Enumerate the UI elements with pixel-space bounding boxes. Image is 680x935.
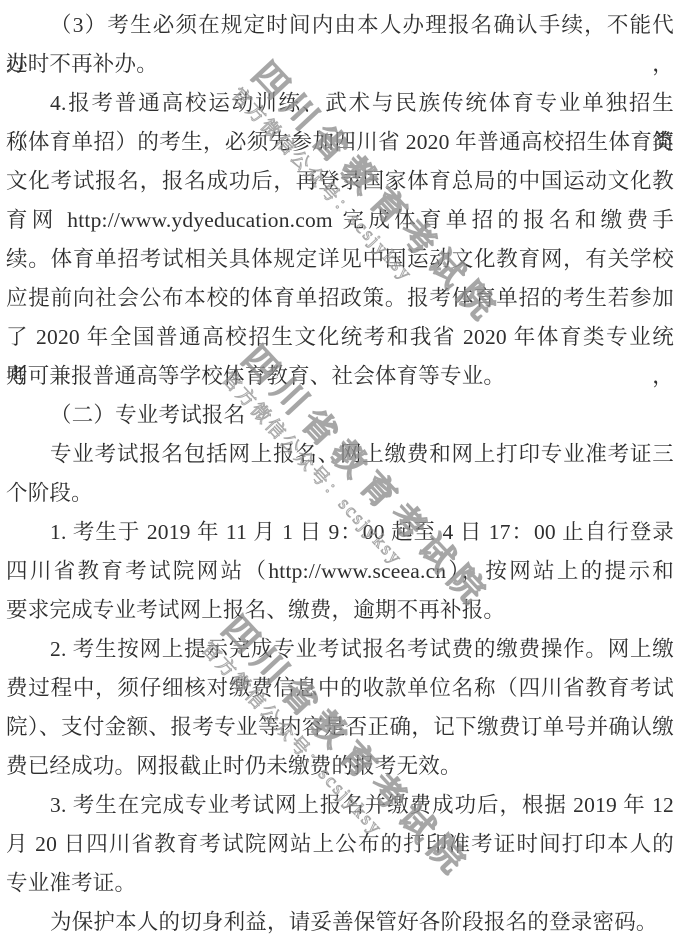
text-line: 了 2020 年全国普通高校招生文化统考和我省 2020 年体育类专业统考， bbox=[6, 318, 674, 357]
text-line: 称体育单招）的考生，必须先参加四川省 2020 年普通高校招生体育类 bbox=[6, 123, 674, 162]
text-line: 2. 考生按网上提示完成专业考试报名考试费的缴费操作。网上缴 bbox=[6, 630, 674, 669]
text-line: 育网 http://www.ydyeducation.com 完成体育单招的报名… bbox=[6, 201, 674, 240]
text-line: 费过程中，须仔细核对缴费信息中的收款单位名称（四川省教育考试 bbox=[6, 669, 674, 708]
document-page: （3）考生必须在规定时间内由本人办理报名确认手续，不能代办，过时不再补办。4.报… bbox=[0, 0, 680, 935]
text-line: 专业考试报名包括网上报名、网上缴费和网上打印专业准考证三 bbox=[6, 435, 674, 474]
text-line: 院）、支付金额、报考专业等内容是否正确，记下缴费订单号并确认缴 bbox=[6, 708, 674, 747]
text-line: 3. 考生在完成专业考试网上报名并缴费成功后，根据 2019 年 12 bbox=[6, 786, 674, 825]
text-line: 个阶段。 bbox=[6, 474, 674, 513]
text-line: （二）专业考试报名 bbox=[6, 396, 674, 435]
text-line: 要求完成专业考试网上报名、缴费，逾期不再补报。 bbox=[6, 591, 674, 630]
document-text: （3）考生必须在规定时间内由本人办理报名确认手续，不能代办，过时不再补办。4.报… bbox=[0, 0, 680, 935]
text-line: （3）考生必须在规定时间内由本人办理报名确认手续，不能代办， bbox=[6, 6, 674, 45]
text-line: 1. 考生于 2019 年 11 月 1 日 9：00 起至 4 日 17：00… bbox=[6, 513, 674, 552]
text-line: 4.报考普通高校运动训练、武术与民族传统体育专业单独招生（简 bbox=[6, 84, 674, 123]
text-line: 续。体育单招考试相关具体规定详见中国运动文化教育网，有关学校 bbox=[6, 240, 674, 279]
text-line: 专业准考证。 bbox=[6, 864, 674, 903]
text-line: 月 20 日四川省教育考试院网站上公布的打印准考证时间打印本人的 bbox=[6, 825, 674, 864]
text-line: 应提前向社会公布本校的体育单招政策。报考体育单招的考生若参加 bbox=[6, 279, 674, 318]
text-line: 文化考试报名，报名成功后，再登录国家体育总局的中国运动文化教 bbox=[6, 162, 674, 201]
text-line: 为保护本人的切身利益，请妥善保管好各阶段报名的登录密码。 bbox=[6, 903, 674, 935]
text-line: 四川省教育考试院网站（http://www.sceea.cn），按网站上的提示和 bbox=[6, 552, 674, 591]
text-line: 费已经成功。网报截止时仍未缴费的报考无效。 bbox=[6, 747, 674, 786]
